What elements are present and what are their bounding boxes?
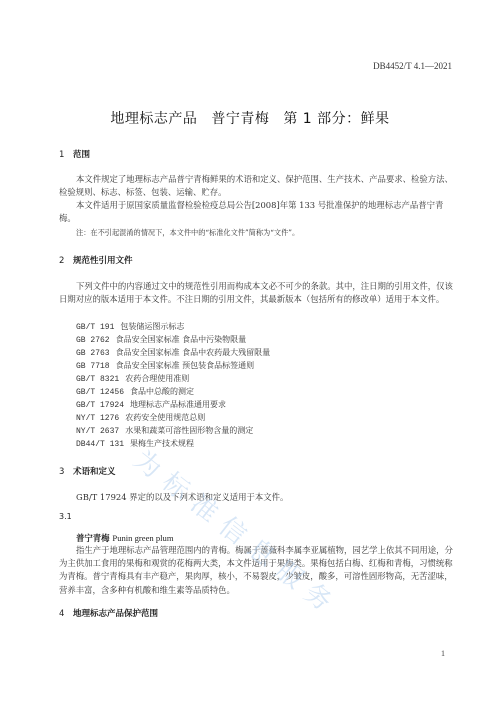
reference-item: GB/T 12456食品中总酸的测定: [76, 386, 194, 397]
term-chinese: 普宁青梅: [76, 533, 110, 543]
reference-code: GB/T 12456: [76, 388, 124, 397]
section-title: 规范性引用文件: [73, 256, 133, 266]
section-number: 1: [59, 150, 73, 160]
reference-item: GB 2762食品安全国家标准 食品中污染物限量: [76, 334, 246, 345]
reference-code: NY/T 2637: [76, 427, 119, 436]
reference-code: GB 2763: [76, 349, 110, 358]
reference-title: 食品安全国家标准 食品中污染物限量: [116, 335, 247, 344]
reference-title: 水果和蔬菜可溶性固形物含量的测定: [125, 426, 253, 435]
reference-title: 食品安全国家标准 预包装食品标签通则: [116, 361, 255, 370]
reference-item: GB/T 191包装储运图示标志: [76, 321, 184, 332]
term-number: 3.1: [59, 512, 72, 521]
section-2-paragraph: 下列文件中的内容通过文中的规范性引用而构成本文必不可少的条款。其中，注日期的引用…: [59, 280, 457, 306]
reference-item: NY/T 1276农药安全使用规范总则: [76, 412, 205, 423]
reference-item: GB/T 17924地理标志产品标准通用要求: [76, 399, 226, 410]
reference-code: GB/T 8321: [76, 375, 119, 384]
section-title: 术语和定义: [73, 467, 116, 477]
section-number: 4: [59, 609, 73, 619]
section-1-heading: 1范围: [59, 148, 90, 160]
section-1-paragraph-1: 本文件规定了地理标志产品普宁青梅鲜果的术语和定义、保护范围、生产技术、产品要求、…: [59, 173, 457, 199]
reference-code: GB 7718: [76, 362, 110, 371]
reference-code: GB/T 191: [76, 323, 114, 332]
term-definition: 指生产于地理标志产品管理范围内的青梅。梅属于蔷薇科李属李亚属植物，园艺学上依其不…: [59, 544, 457, 597]
section-title: 地理标志产品保护范围: [73, 609, 158, 619]
reference-title: 食品安全国家标准 食品中农药最大残留限量: [116, 348, 271, 357]
reference-title: 果梅生产技术规程: [130, 439, 194, 448]
reference-title: 食品中总酸的测定: [130, 387, 194, 396]
reference-item: GB 2763食品安全国家标准 食品中农药最大残留限量: [76, 347, 270, 358]
page-number: 1: [441, 649, 445, 658]
document-page: DB4452/T 4.1—2021 地理标志产品普宁青梅第 1 部分：鲜果 1范…: [0, 0, 500, 707]
title-part-product-name: 普宁青梅: [211, 111, 269, 127]
reference-code: GB/T 17924: [76, 401, 124, 410]
section-3-heading: 3术语和定义: [59, 465, 116, 477]
section-3-paragraph: GB/T 17924 界定的以及下列术语和定义适用于本文件。: [76, 491, 288, 504]
reference-title: 地理标志产品标准通用要求: [130, 400, 226, 409]
reference-code: DB44/T 131: [76, 440, 124, 449]
section-4-heading: 4地理标志产品保护范围: [59, 607, 158, 619]
reference-code: GB 2762: [76, 336, 110, 345]
standard-number: DB4452/T 4.1—2021: [373, 61, 452, 71]
title-part-section: 第 1 部分：鲜果: [283, 111, 389, 127]
term-english: Punin green plum: [112, 533, 173, 543]
section-number: 2: [59, 256, 73, 266]
section-1-paragraph-2: 本文件适用于原国家质量监督检验检疫总局公告[2008]年第 133 号批准保护的…: [59, 199, 457, 225]
reference-title: 包装储运图示标志: [120, 322, 184, 331]
reference-item: DB44/T 131果梅生产技术规程: [76, 438, 194, 449]
term-heading: 普宁青梅 Punin green plum: [76, 532, 174, 544]
reference-code: NY/T 1276: [76, 414, 119, 423]
document-title: 地理标志产品普宁青梅第 1 部分：鲜果: [0, 108, 500, 128]
section-number: 3: [59, 467, 73, 477]
reference-item: NY/T 2637水果和蔬菜可溶性固形物含量的测定: [76, 425, 253, 436]
title-part-product-type: 地理标志产品: [110, 111, 197, 127]
section-title: 范围: [73, 150, 90, 160]
reference-title: 农药安全使用规范总则: [125, 413, 205, 422]
reference-title: 农药合理使用准则: [125, 374, 189, 383]
section-1-note: 注：在不引起混淆的情况下，本文件中的“标准化文件”简称为“文件”。: [76, 228, 299, 238]
section-2-heading: 2规范性引用文件: [59, 254, 133, 266]
reference-item: GB 7718食品安全国家标准 预包装食品标签通则: [76, 360, 254, 371]
reference-item: GB/T 8321农药合理使用准则: [76, 373, 189, 384]
